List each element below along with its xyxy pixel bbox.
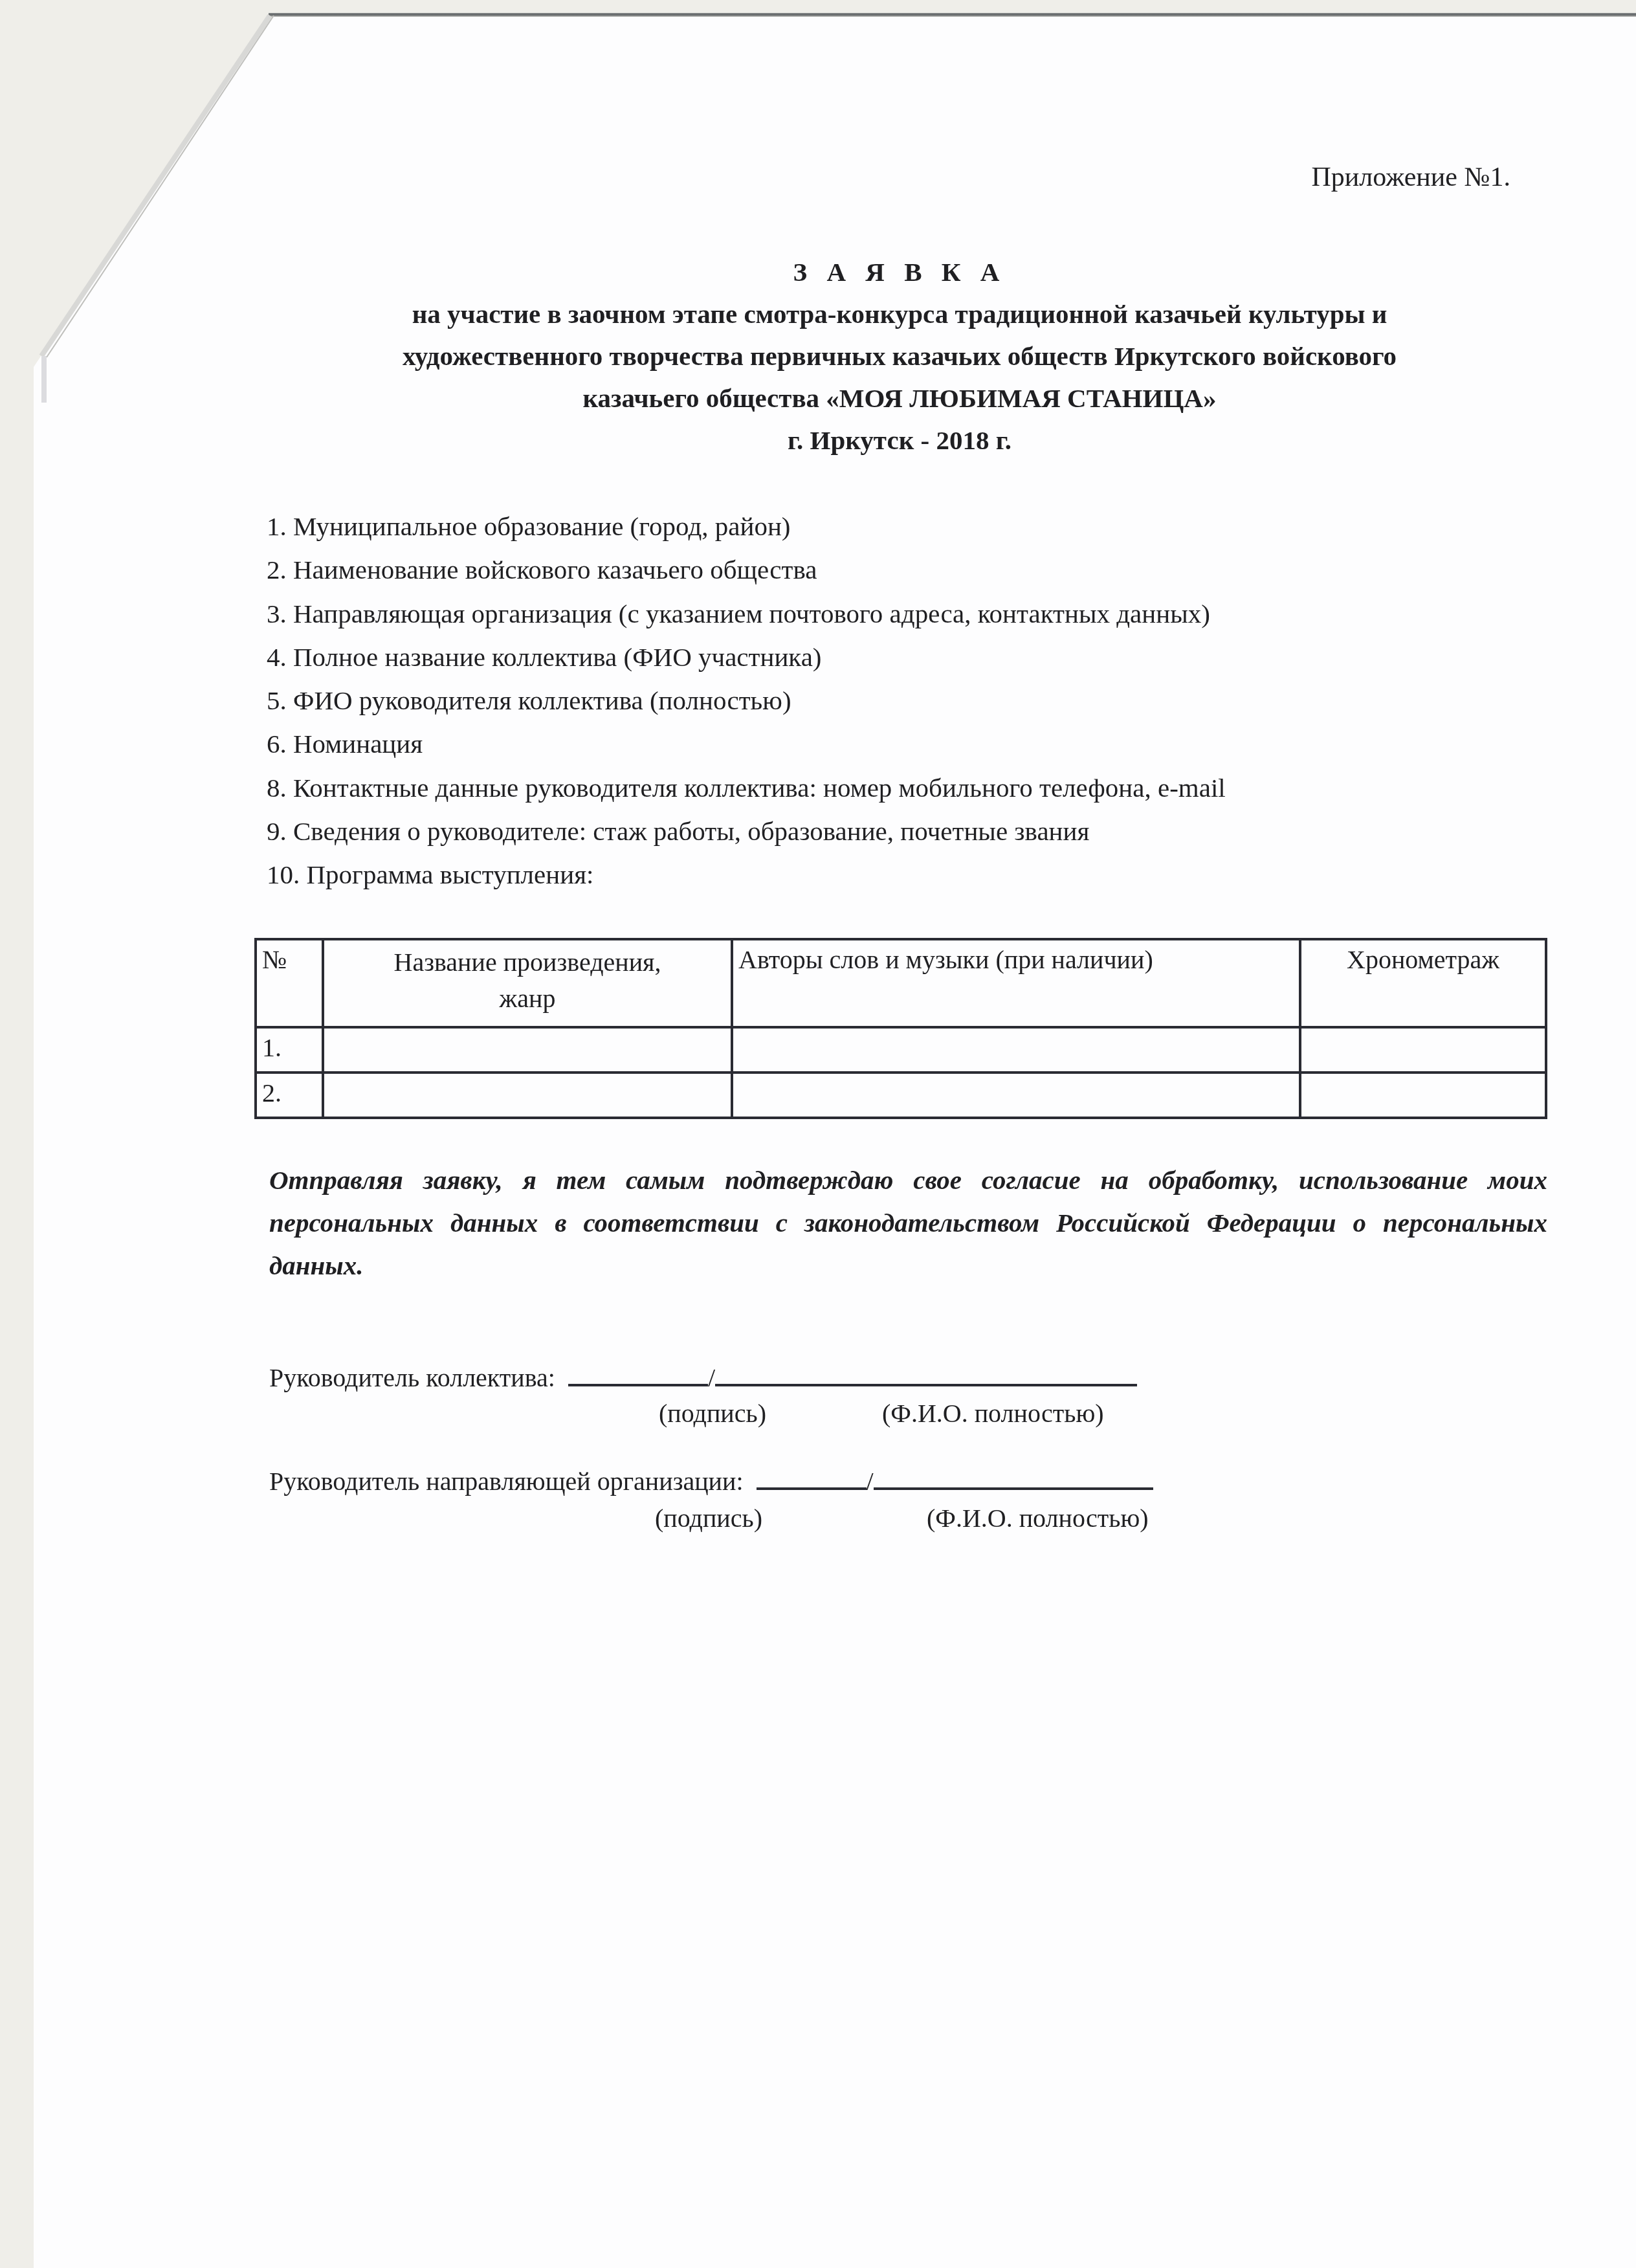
cell-authors[interactable]: [732, 1073, 1300, 1118]
program-table: № Название произведения, жанр Авторы сло…: [254, 938, 1547, 1119]
title-line: казачьего общества «МОЯ ЛЮБИМАЯ СТАНИЦА»: [259, 377, 1540, 419]
row-number: 1.: [256, 1027, 323, 1073]
title-city-year: г. Иркутск - 2018 г.: [259, 419, 1540, 461]
full-name-caption: (Ф.И.О. полностью): [927, 1503, 1149, 1533]
cell-authors[interactable]: [732, 1027, 1300, 1073]
field-ensemble-name: 4. Полное название коллектива (ФИО участ…: [267, 636, 1226, 679]
signature-sending-organization-head: Руководитель направляющей организации: /: [269, 1462, 1153, 1496]
title-heading: З А Я В К А: [259, 251, 1540, 293]
signature-label: Руководитель коллектива:: [269, 1363, 555, 1392]
field-municipality: 1. Муниципальное образование (город, рай…: [267, 505, 1226, 548]
full-name-caption: (Ф.И.О. полностью): [882, 1398, 1104, 1429]
header-authors: Авторы слов и музыки (при наличии): [732, 939, 1300, 1027]
title-line: художественного творчества первичных каз…: [259, 335, 1540, 377]
cell-duration[interactable]: [1300, 1073, 1546, 1118]
table-row: 2.: [256, 1073, 1546, 1118]
signature-caption: (подпись): [659, 1398, 766, 1429]
cell-duration[interactable]: [1300, 1027, 1546, 1073]
field-sending-organization: 3. Направляющая организация (с указанием…: [267, 592, 1226, 636]
field-nomination: 6. Номинация: [267, 722, 1226, 766]
appendix-label: Приложение №1.: [1312, 162, 1511, 193]
application-title: З А Я В К А на участие в заочном этапе с…: [259, 251, 1540, 461]
field-performance-program: 10. Программа выступления:: [267, 853, 1226, 896]
cell-work-title[interactable]: [323, 1073, 732, 1118]
signature-ensemble-leader: Руководитель коллектива: /: [269, 1358, 1137, 1393]
signature-label: Руководитель направляющей организации:: [269, 1467, 744, 1496]
field-leader-contacts: 8. Контактные данные руководителя коллек…: [267, 766, 1226, 810]
full-name-line[interactable]: [715, 1358, 1137, 1386]
header-duration: Хронометраж: [1300, 939, 1546, 1027]
table-header-row: № Название произведения, жанр Авторы сло…: [256, 939, 1546, 1027]
signature-line[interactable]: [757, 1462, 867, 1490]
signature-caption: (подпись): [655, 1503, 762, 1533]
separator: /: [867, 1467, 874, 1496]
full-name-line[interactable]: [874, 1462, 1153, 1490]
application-fields-list: 1. Муниципальное образование (город, рай…: [267, 505, 1226, 897]
personal-data-consent: Отправляя заявку, я тем самым подтвержда…: [269, 1159, 1547, 1287]
field-leader-name: 5. ФИО руководителя коллектива (полность…: [267, 679, 1226, 722]
page-top-edge: [269, 13, 1636, 17]
row-number: 2.: [256, 1073, 323, 1118]
signature-line[interactable]: [568, 1358, 708, 1386]
separator: /: [708, 1363, 715, 1392]
cell-work-title[interactable]: [323, 1027, 732, 1073]
table-row: 1.: [256, 1027, 1546, 1073]
header-work-title: Название произведения, жанр: [323, 939, 732, 1027]
title-line: на участие в заочном этапе смотра-конкур…: [259, 293, 1540, 335]
field-cossack-society: 2. Наименование войскового казачьего общ…: [267, 548, 1226, 592]
header-number: №: [256, 939, 323, 1027]
field-leader-info: 9. Сведения о руководителе: стаж работы,…: [267, 810, 1226, 853]
